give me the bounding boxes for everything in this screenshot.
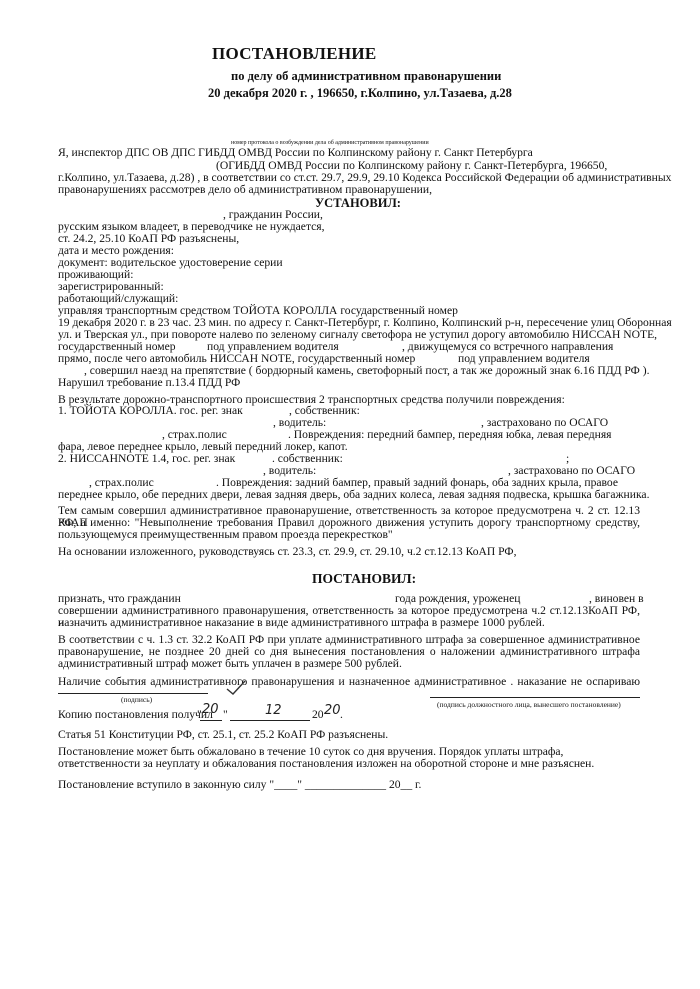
offense-line-3: пользующемуся преимущественным правом пр…	[58, 529, 393, 541]
copy-month: 12	[265, 703, 282, 718]
fine-line: назначить административное наказание в в…	[58, 617, 545, 629]
day-underline	[200, 720, 222, 721]
violation-line: Нарушил требование п.13.4 ПДД РФ	[58, 377, 240, 389]
period: .	[340, 709, 343, 721]
vehicle2-plate-label: 2. НИССАНNOTE 1.4, гос. рег. знак	[58, 453, 235, 465]
legal-basis: На основании изложенного, руководствуясь…	[58, 546, 517, 558]
signature-line	[58, 693, 208, 694]
no-dispute-line: Наличие события административного правон…	[58, 676, 640, 688]
month-underline	[230, 720, 310, 721]
rights-line: Статья 51 Конституции РФ, ст. 25.1, ст. …	[58, 729, 388, 741]
copy-year-prefix: 20	[312, 709, 324, 721]
vehicle1-plate-label: 1. ТОЙОТА КОРОЛЛА. гос. рег. знак	[58, 405, 243, 417]
official-signature-line	[430, 697, 640, 698]
official-signature-caption: (подпись должностного лица, вынесшего по…	[437, 700, 621, 709]
date-place: 20 декабря 2020 г. , 196650, г.Колпино, …	[208, 86, 512, 101]
review-line: правонарушениях рассмотрев дело об админ…	[58, 184, 432, 196]
inspector-line: Я, инспектор ДПС ОВ ДПС ГИБДД ОМВД Росси…	[58, 147, 533, 159]
signature-checkmark-icon	[225, 680, 247, 696]
copy-day: 20	[202, 702, 219, 717]
signature-caption: (подпись)	[121, 695, 152, 704]
quote-close: "	[223, 709, 228, 721]
discount-line-3: административный штраф может быть уплаче…	[58, 658, 402, 670]
decision-heading: ПОСТАНОВИЛ:	[312, 571, 416, 587]
appeal-line-2: ответственности за неуплату и обжаловани…	[58, 758, 594, 770]
established-heading: УСТАНОВИЛ:	[315, 196, 401, 211]
copy-received-label: Копию постановления получил	[58, 709, 213, 721]
effective-date-line: Постановление вступило в законную силу "…	[58, 779, 421, 791]
document-title: ПОСТАНОВЛЕНИЕ	[212, 44, 377, 64]
document-subtitle: по делу об административном правонарушен…	[231, 69, 501, 84]
copy-year-suffix: 20	[324, 703, 341, 718]
vehicle2-damage-list-cont: переднее крыло, обе передних двери, лева…	[58, 489, 649, 501]
